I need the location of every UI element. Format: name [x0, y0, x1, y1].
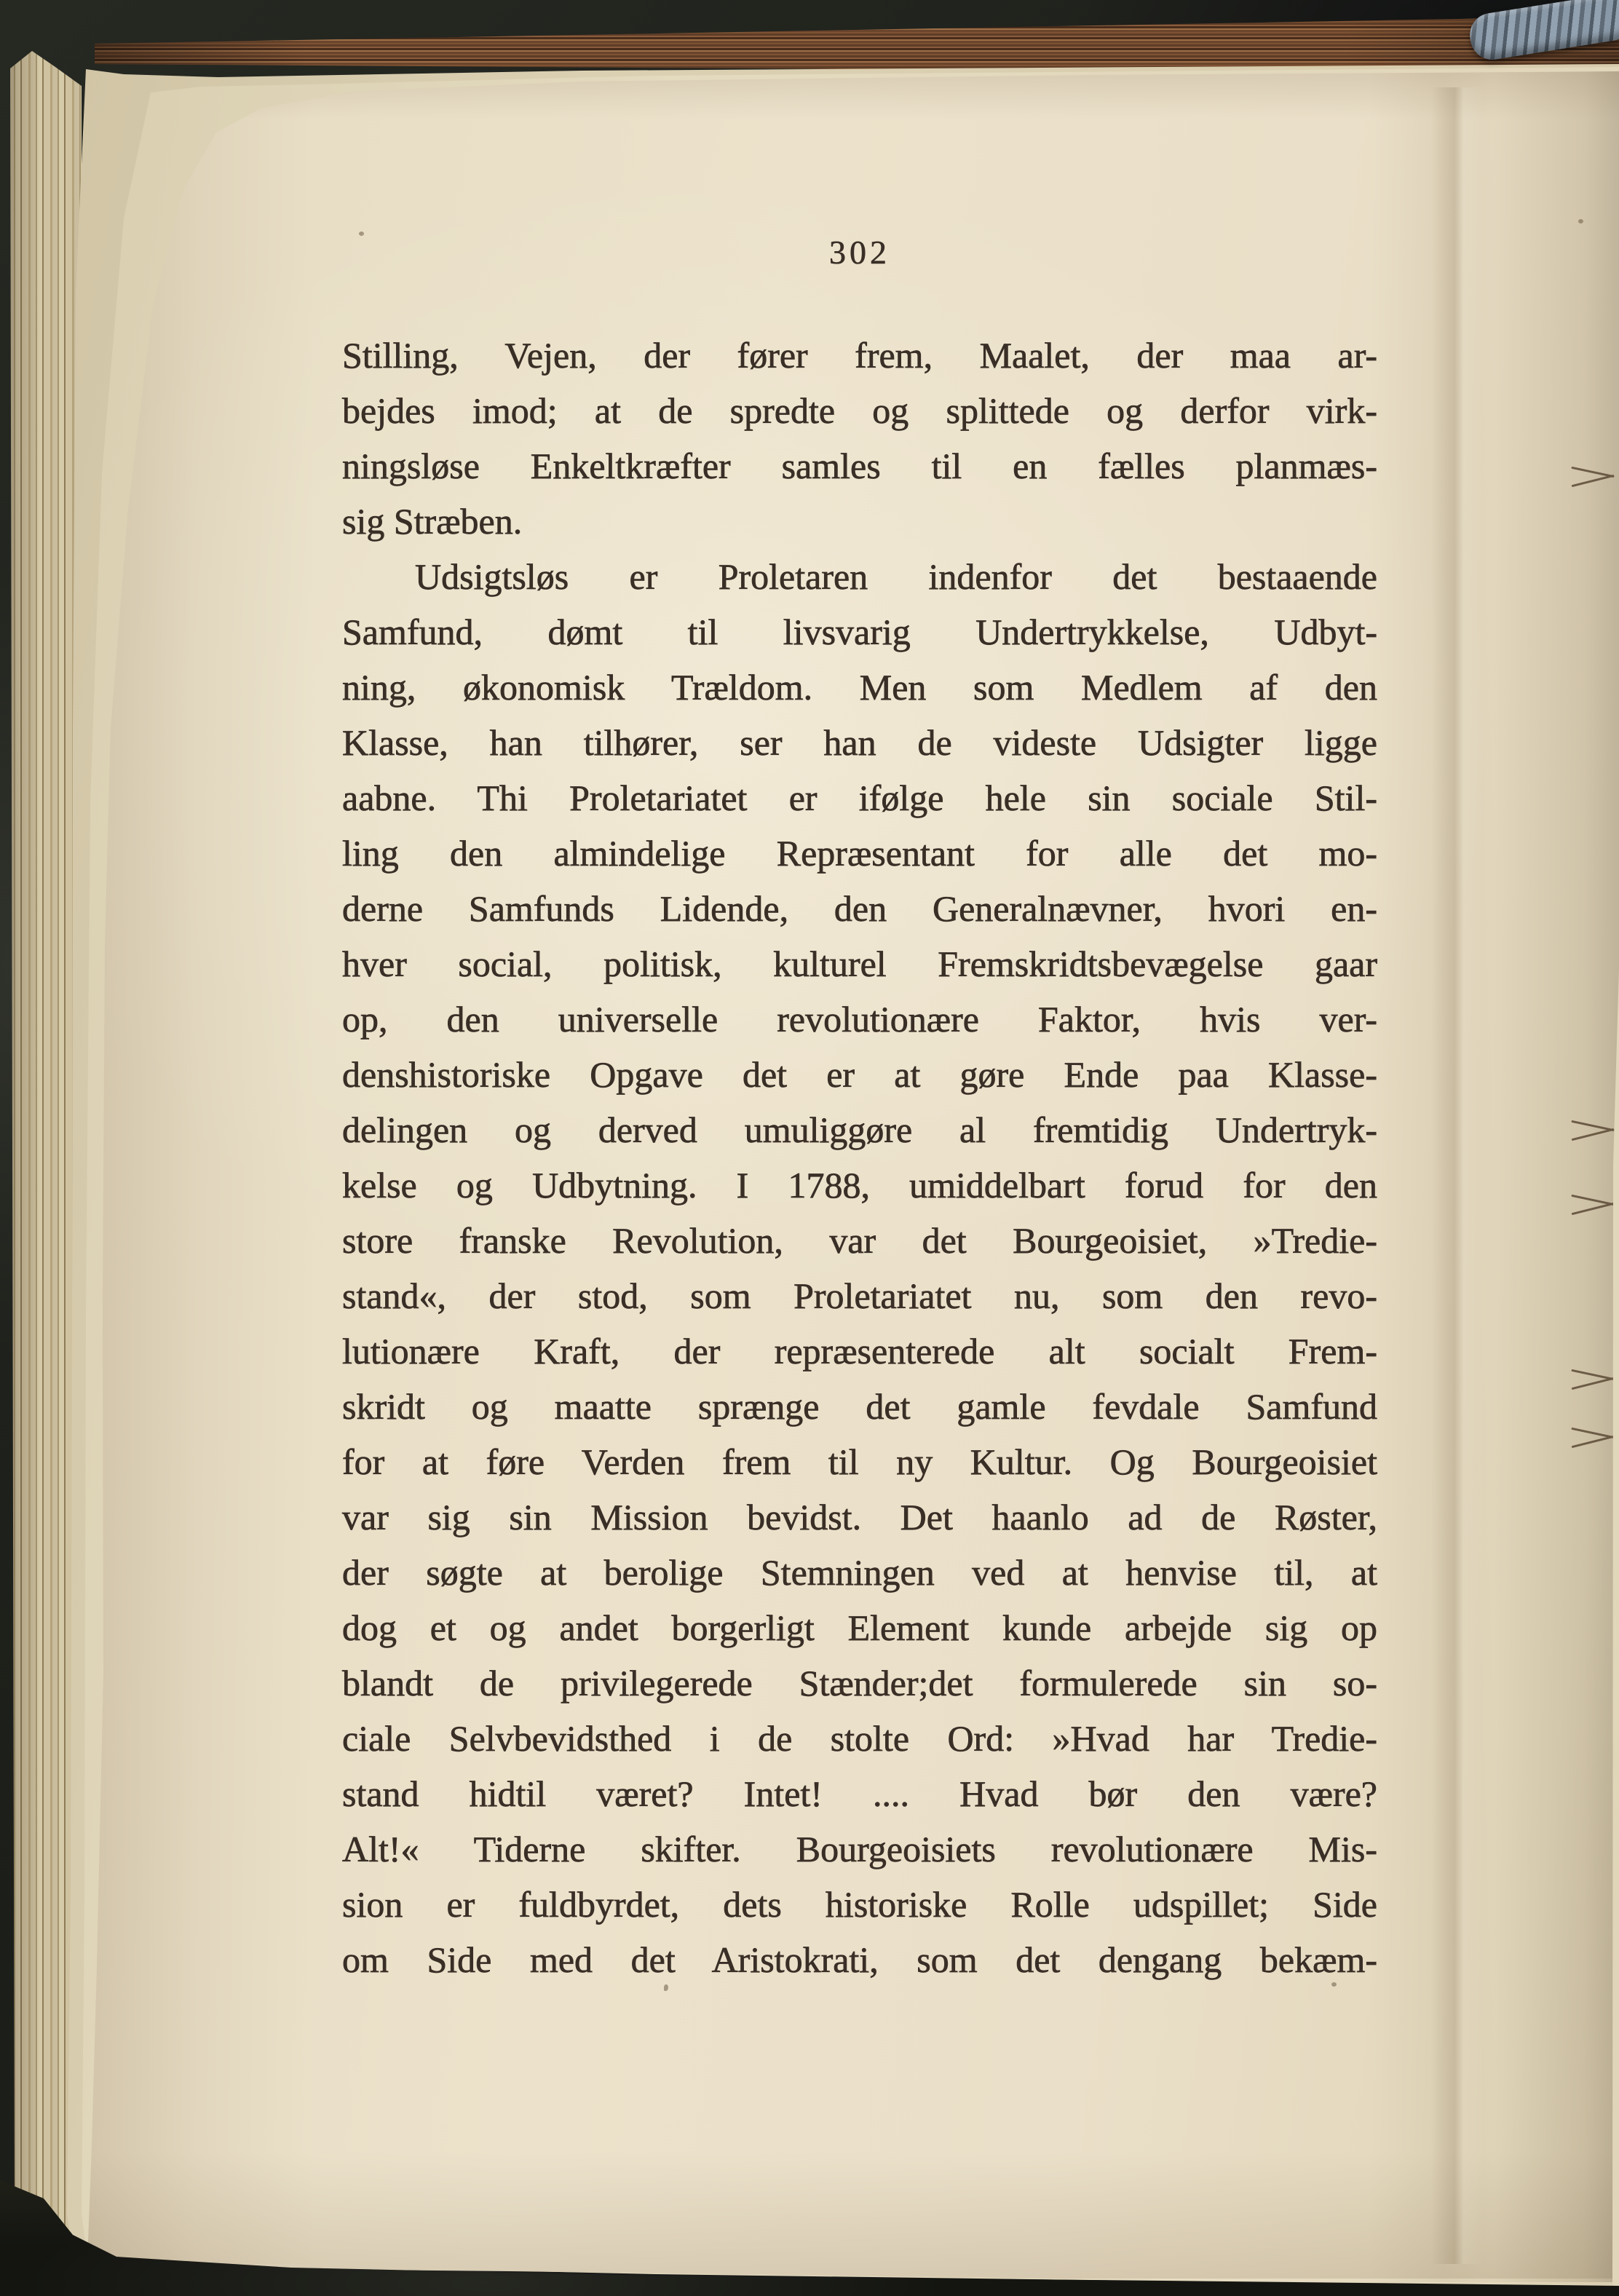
paper-speck	[359, 231, 364, 236]
text-line: blandt de privilegerede Stænder;det form…	[342, 1655, 1377, 1711]
stitch-mark	[1562, 1195, 1616, 1217]
text-line: Klasse, han tilhører, ser han de videste…	[342, 715, 1377, 770]
stitch-mark	[1562, 1428, 1616, 1450]
text-line: kelse og Udbytning. I 1788, umiddelbart …	[342, 1157, 1377, 1213]
text-line: skridt og maatte sprænge det gamle fevda…	[342, 1379, 1377, 1434]
paper-speck	[664, 1984, 668, 1991]
text-line: lutionære Kraft, der repræsenterede alt …	[342, 1323, 1377, 1379]
book-scan: 302 Stilling, Vejen, der fører frem, Maa…	[0, 0, 1619, 2296]
text-line: ningsløse Enkeltkræfter samles til en fæ…	[342, 438, 1377, 494]
text-line: dog et og andet borgerligt Element kunde…	[342, 1600, 1377, 1655]
paper-speck	[1578, 219, 1583, 223]
text-line: var sig sin Mission bevidst. Det haanlo …	[342, 1489, 1377, 1545]
stitch-mark	[1562, 467, 1616, 489]
text-line: op, den universelle revolutionære Faktor…	[342, 991, 1377, 1047]
gutter-shadow	[1369, 66, 1619, 2282]
gutter-crease	[1431, 87, 1484, 2264]
text-line: Stilling, Vejen, der fører frem, Maalet,…	[342, 328, 1377, 383]
text-line: Alt!« Tiderne skifter. Bourgeoisiets rev…	[342, 1821, 1377, 1877]
stitch-mark	[1562, 1121, 1616, 1143]
text-line: Udsigtsløs er Proletaren indenfor det be…	[342, 549, 1377, 604]
text-line: ning, økonomisk Trældom. Men som Medlem …	[342, 660, 1377, 715]
stitch-mark	[1562, 1370, 1616, 1392]
text-line: aabne. Thi Proletariatet er ifølge hele …	[342, 770, 1377, 826]
text-line: om Side med det Aristokrati, som det den…	[342, 1932, 1377, 1987]
text-line: ling den almindelige Repræsentant for al…	[342, 826, 1377, 881]
paper-speck	[1331, 1982, 1337, 1987]
text-line: denshistoriske Opgave det er at gøre End…	[342, 1047, 1377, 1102]
text-block: Stilling, Vejen, der fører frem, Maalet,…	[342, 328, 1377, 1987]
page-number: 302	[342, 230, 1377, 275]
text-line: store franske Revolution, var det Bourge…	[342, 1213, 1377, 1268]
page-shading-bottom	[87, 2151, 1619, 2279]
text-line: bejdes imod; at de spredte og splittede …	[342, 383, 1377, 438]
text-line: der søgte at berolige Stemningen ved at …	[342, 1545, 1377, 1600]
text-line: hver social, politisk, kulturel Fremskri…	[342, 936, 1377, 991]
text-line: Samfund, dømt til livsvarig Undertrykkel…	[342, 604, 1377, 660]
text-line: for at føre Verden frem til ny Kultur. O…	[342, 1434, 1377, 1489]
text-line: sion er fuldbyrdet, dets historiske Roll…	[342, 1877, 1377, 1932]
book-page: 302 Stilling, Vejen, der fører frem, Maa…	[0, 0, 1619, 2296]
text-line: stand hidtil været? Intet! .... Hvad bør…	[342, 1766, 1377, 1821]
text-line: ciale Selvbevidsthed i de stolte Ord: »H…	[342, 1711, 1377, 1766]
text-line: delingen og derved umuliggøre al fremtid…	[342, 1102, 1377, 1157]
text-line: derne Samfunds Lidende, den Generalnævne…	[342, 881, 1377, 936]
text-line: stand«, der stod, som Proletariatet nu, …	[342, 1268, 1377, 1323]
text-line: sig Stræben.	[342, 494, 1377, 549]
